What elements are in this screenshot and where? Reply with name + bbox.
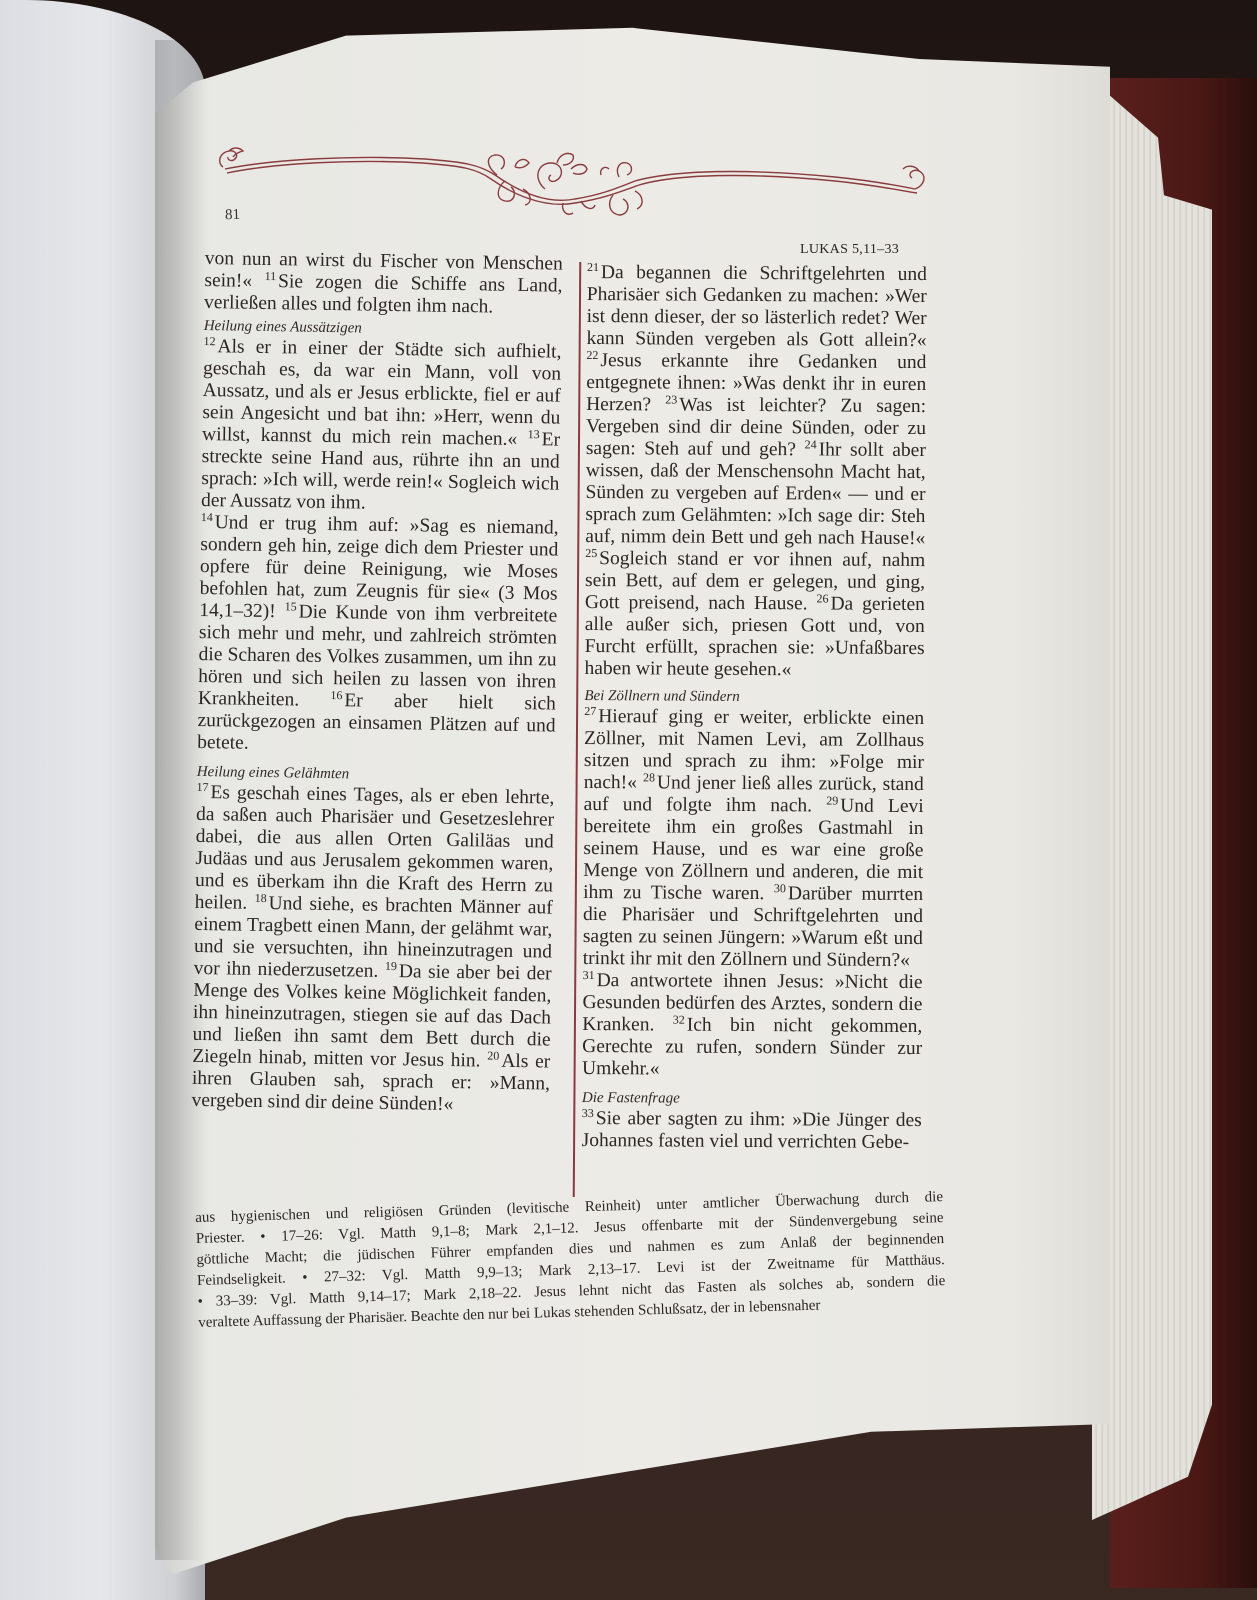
verse-number: 19 (385, 958, 397, 972)
verse-33: 33Sie aber sagten zu ihm: »Die Jünger de… (582, 1108, 922, 1153)
verse-number: 31 (583, 967, 595, 981)
floral-scroll-ornament-icon (215, 145, 930, 225)
verse-number: 26 (816, 591, 828, 605)
running-head: LUKAS 5,11–33 (800, 242, 899, 258)
verse-number: 25 (585, 545, 597, 559)
verse-number: 28 (643, 770, 655, 784)
verse-number: 20 (487, 1048, 499, 1062)
page-number: 81 (225, 207, 240, 224)
verse-number: 23 (665, 392, 677, 406)
verse-number: 13 (528, 427, 540, 441)
verse-number: 32 (673, 1012, 685, 1026)
verse-number: 16 (330, 688, 342, 702)
left-column: von nun an wirst du Fischer von Menschen… (191, 248, 563, 1118)
verse-number: 14 (201, 509, 213, 523)
verse-number: 24 (805, 437, 817, 451)
verse-21: 21Da begannen die Schriftgelehrten und P… (586, 262, 927, 351)
footnotes: aus hygienischen und religiösen Gründen … (195, 1187, 946, 1334)
right-column: 21Da begannen die Schriftgelehrten und P… (582, 262, 927, 1154)
verse-number: 12 (203, 333, 215, 347)
verse-number: 21 (587, 260, 599, 274)
verse-number: 29 (826, 793, 838, 807)
verse-number: 11 (265, 268, 277, 282)
page-stack-edges (1092, 80, 1212, 1520)
verse-number: 22 (586, 347, 598, 361)
verse-number: 17 (196, 779, 208, 793)
verse-number: 15 (285, 599, 297, 613)
verse-number: 27 (584, 703, 596, 717)
verse-number: 33 (582, 1105, 594, 1119)
section-heading: Bei Zöllnern und Sündern (584, 686, 924, 708)
section-heading: Die Fastenfrage (582, 1088, 922, 1110)
verse-12: 12Als er in einer der Städte sich aufhie… (202, 336, 562, 450)
verse-number: 18 (255, 890, 267, 904)
verse-number: 30 (774, 881, 786, 895)
